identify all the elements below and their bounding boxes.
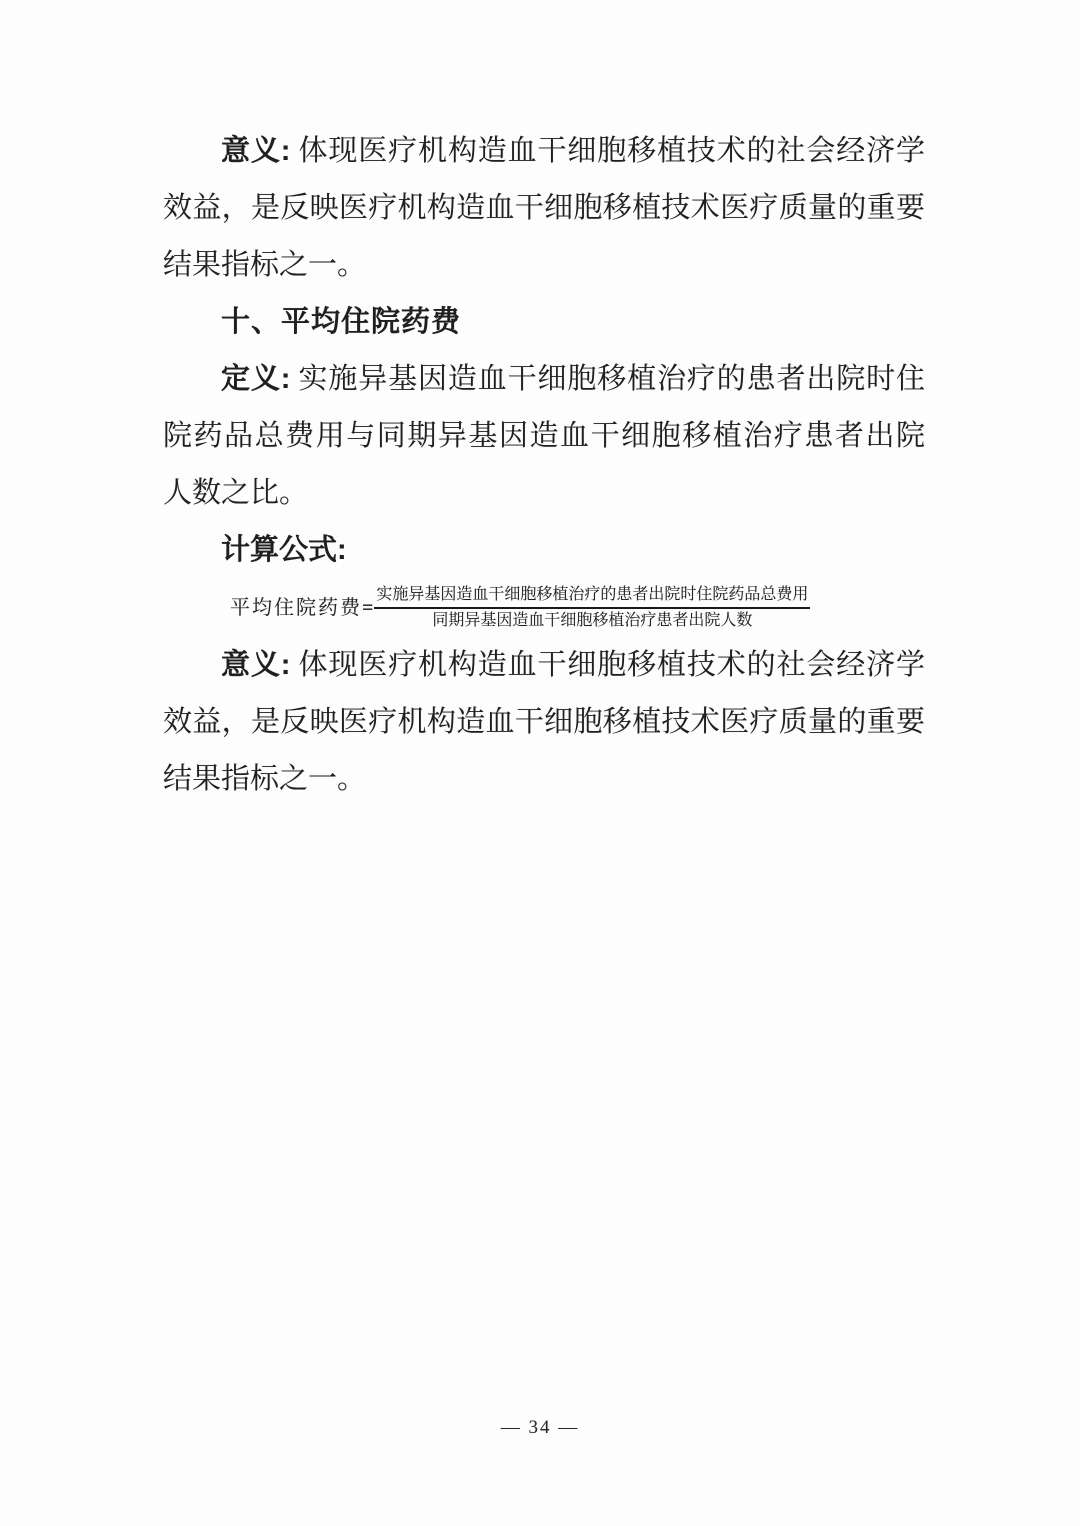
formula-fraction: 实施异基因造血干细胞移植治疗的患者出院时住院药品总费用 同期异基因造血干细胞移植… [374, 584, 810, 632]
significance-label: 意义: [221, 135, 290, 167]
significance-1-line-2: 效益，是反映医疗机构造血干细胞移植技术医疗质量的重要 [163, 180, 925, 237]
significance-1-text-1: 体现医疗机构造血干细胞移植技术的社会经济学 [299, 135, 925, 167]
equals-sign: = [362, 580, 373, 637]
definition-label: 定义: [221, 363, 290, 395]
page-number: — 34 — [0, 1416, 1080, 1440]
significance-2-text-1: 体现医疗机构造血干细胞移植技术的社会经济学 [299, 649, 925, 681]
significance-2-line-3: 结果指标之一。 [163, 751, 925, 808]
fraction-numerator: 实施异基因造血干细胞移植治疗的患者出院时住院药品总费用 [374, 584, 810, 609]
paragraph-significance-1: 意义: 体现医疗机构造血干细胞移植技术的社会经济学 效益，是反映医疗机构造血干细… [163, 123, 925, 294]
formula: 平均住院药费 = 实施异基因造血干细胞移植治疗的患者出院时住院药品总费用 同期异… [230, 579, 925, 637]
definition-line-3: 人数之比。 [163, 465, 925, 522]
document-page: 意义: 体现医疗机构造血干细胞移植技术的社会经济学 效益，是反映医疗机构造血干细… [0, 0, 1080, 1526]
paragraph-significance-2: 意义: 体现医疗机构造血干细胞移植技术的社会经济学 效益，是反映医疗机构造血干细… [163, 637, 925, 808]
document-content: 意义: 体现医疗机构造血干细胞移植技术的社会经济学 效益，是反映医疗机构造血干细… [163, 123, 925, 808]
significance-label-2: 意义: [221, 649, 290, 681]
formula-heading: 计算公式: [163, 522, 925, 579]
definition-line-2: 院药品总费用与同期异基因造血干细胞移植治疗患者出院 [163, 408, 925, 465]
significance-1-line-3: 结果指标之一。 [163, 237, 925, 294]
definition-text-1: 实施异基因造血干细胞移植治疗的患者出院时住 [299, 363, 925, 395]
significance-1-line-1: 意义: 体现医疗机构造血干细胞移植技术的社会经济学 [163, 123, 925, 180]
fraction-denominator: 同期异基因造血干细胞移植治疗患者出院人数 [432, 609, 752, 632]
definition-line-1: 定义: 实施异基因造血干细胞移植治疗的患者出院时住 [163, 351, 925, 408]
significance-2-line-2: 效益，是反映医疗机构造血干细胞移植技术医疗质量的重要 [163, 694, 925, 751]
formula-lhs: 平均住院药费 [230, 580, 362, 637]
paragraph-definition: 定义: 实施异基因造血干细胞移植治疗的患者出院时住 院药品总费用与同期异基因造血… [163, 351, 925, 522]
significance-2-line-1: 意义: 体现医疗机构造血干细胞移植技术的社会经济学 [163, 637, 925, 694]
section-heading: 十、平均住院药费 [163, 294, 925, 351]
